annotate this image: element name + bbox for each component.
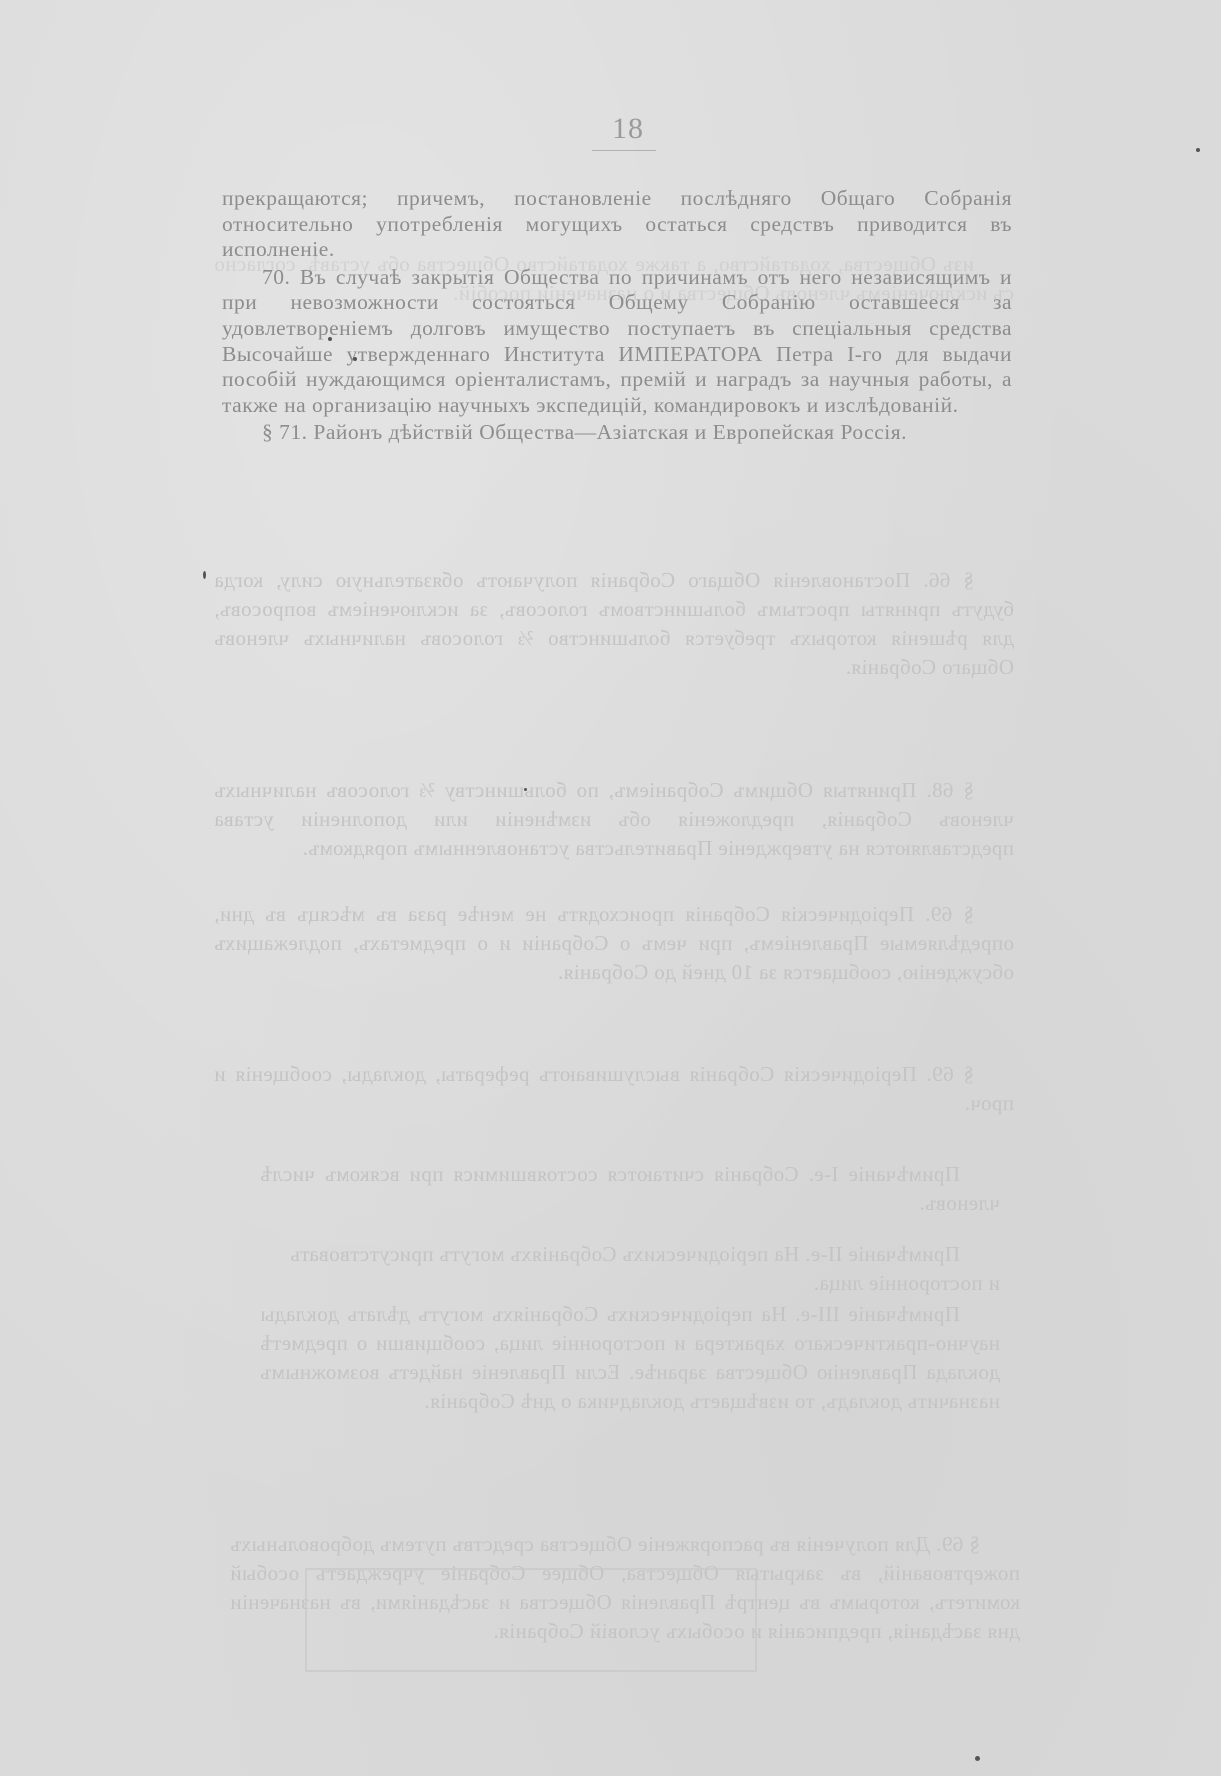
dust-speck xyxy=(203,571,206,579)
bleed-through-text: § 69. Періодическія Собранія выслушивают… xyxy=(214,1060,1014,1118)
dust-speck xyxy=(1196,148,1200,152)
bleed-through-block: § 69. Періодическія Собранія выслушивают… xyxy=(214,1060,1014,1118)
bleed-through-block: § 69. Періодическія Собранія происходятъ… xyxy=(214,900,1014,987)
dust-speck xyxy=(353,357,357,361)
scanned-page: 18 изъ Общества, ходатайство, а также хо… xyxy=(0,0,1221,1776)
dust-speck xyxy=(524,788,527,791)
bleed-through-text: Примѣчаніе ІІІ-е. На періодическихъ Собр… xyxy=(260,1300,1000,1416)
paragraph-70: 70. Въ случаѣ закрытія Общества по причи… xyxy=(222,265,1012,419)
bleed-through-block: Примѣчаніе ІІІ-е. На періодическихъ Собр… xyxy=(260,1300,1000,1416)
bleed-through-text: § 66. Постановленія Общаго Собранія полу… xyxy=(214,566,1014,682)
bleed-through-stamp-box xyxy=(305,1568,757,1672)
bleed-through-block: § 68. Принятыя Общимъ Собраніемъ, по бол… xyxy=(214,776,1014,863)
paragraph-71: § 71. Районъ дѣйствій Общества—Азіатская… xyxy=(222,420,1012,446)
bleed-through-text: § 69. Періодическія Собранія происходятъ… xyxy=(214,900,1014,987)
page-number: 18 xyxy=(612,112,644,146)
dust-speck xyxy=(328,337,332,341)
front-text-body: прекращаются; причемъ, постановленіе пос… xyxy=(222,186,1012,446)
page-number-underline xyxy=(592,150,656,151)
bleed-through-block: Примѣчаніе І-е. Собранія считаются состо… xyxy=(260,1160,1000,1218)
bleed-through-block: Примѣчаніе ІІ-е. На періодическихъ Собра… xyxy=(290,1240,1000,1298)
bleed-through-block: § 66. Постановленія Общаго Собранія полу… xyxy=(214,566,1014,682)
bleed-through-text: Примѣчаніе І-е. Собранія считаются состо… xyxy=(260,1160,1000,1218)
dust-speck xyxy=(975,1756,980,1761)
bleed-through-text: Примѣчаніе ІІ-е. На періодическихъ Собра… xyxy=(290,1240,1000,1298)
paragraph-continuation: прекращаются; причемъ, постановленіе пос… xyxy=(222,186,1012,263)
bleed-through-text: § 68. Принятыя Общимъ Собраніемъ, по бол… xyxy=(214,776,1014,863)
